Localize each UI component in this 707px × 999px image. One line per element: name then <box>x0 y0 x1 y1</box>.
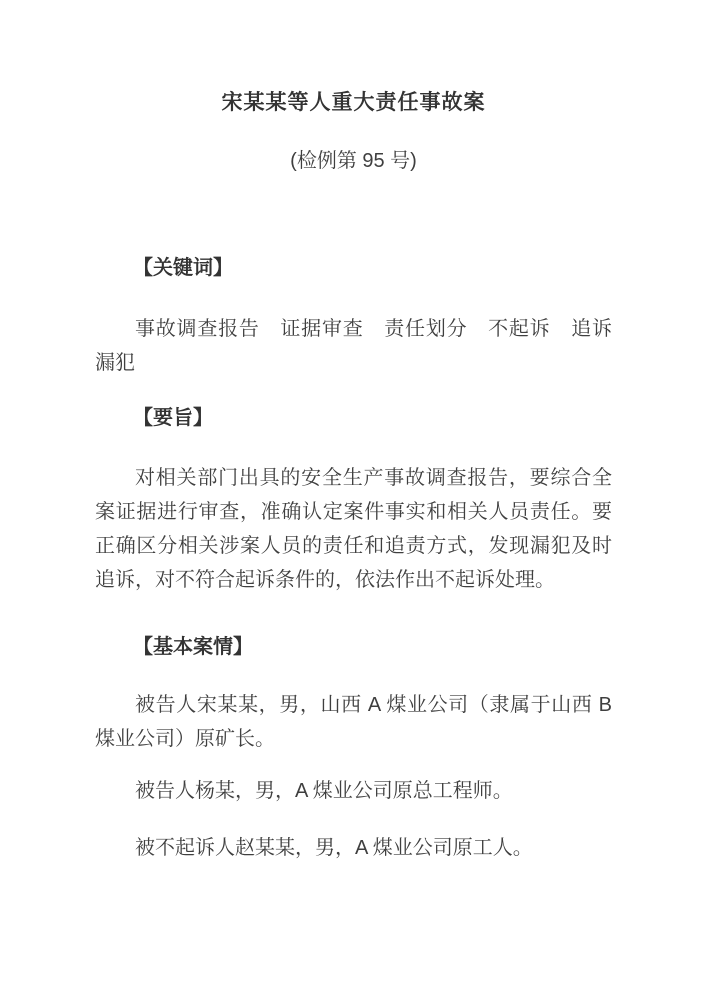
basic-facts-paragraph-non-prosecuted-zhao: 被不起诉人赵某某，男，A 煤业公司原工人。 <box>95 831 612 865</box>
section-heading-basic-facts: 【基本案情】 <box>95 630 612 664</box>
case-number: (检例第 95 号) <box>95 144 612 178</box>
section-heading-gist: 【要旨】 <box>95 401 612 435</box>
basic-facts-paragraph-defendant-yang: 被告人杨某，男，A 煤业公司原总工程师。 <box>95 774 612 808</box>
gist-text: 对相关部门出具的安全生产事故调查报告，要综合全案证据进行审查，准确认定案件事实和… <box>95 461 612 597</box>
basic-facts-paragraph-defendant-song: 被告人宋某某，男，山西 A 煤业公司（隶属于山西 B 煤业公司）原矿长。 <box>95 688 612 756</box>
document-page: 宋某某等人重大责任事故案 (检例第 95 号) 【关键词】 事故调查报告 证据审… <box>0 0 707 999</box>
section-heading-keywords: 【关键词】 <box>95 251 612 285</box>
keywords-text: 事故调查报告 证据审查 责任划分 不起诉 追诉漏犯 <box>95 312 612 380</box>
case-title: 宋某某等人重大责任事故案 <box>95 86 612 120</box>
